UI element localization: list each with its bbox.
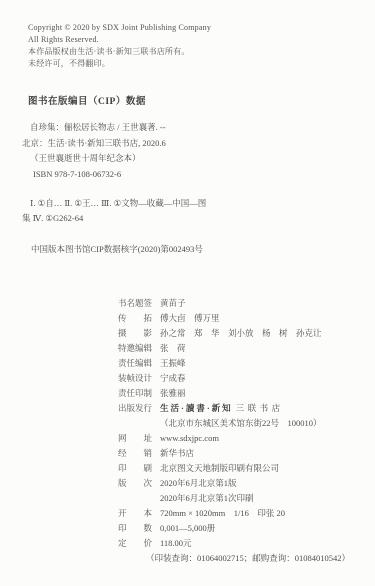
colophon-row-distributor: 经 销新华书店 — [118, 446, 350, 461]
field-value: 张 荷 — [160, 343, 186, 353]
cip-info-block: 自珍集：俪松居长物志 / 王世襄著. -- 北京：生活·读书·新知三联书店, 2… — [22, 120, 166, 182]
field-value: 720mm × 1020mm 1/16 印张 20 — [160, 508, 285, 518]
colophon-row-guest-editor: 特邀编辑张 荷 — [118, 341, 350, 356]
cip-class-line1: Ⅰ. ①自… Ⅱ. ①王… Ⅲ. ①文物—收藏—中国—图 — [22, 196, 206, 211]
field-value: 2020年6月北京第1版 — [160, 478, 237, 488]
colophon-row-printer: 印 刷北京图文天地制版印刷有限公司 — [118, 461, 350, 476]
field-value: 黄苗子 — [160, 298, 186, 308]
cip-heading: 图书在版编目（CIP）数据 — [28, 93, 146, 107]
field-label: 装帧设计 — [118, 371, 160, 386]
copyright-block: Copyright © 2020 by SDX Joint Publishing… — [28, 22, 211, 70]
cip-classification-block: Ⅰ. ①自… Ⅱ. ①王… Ⅲ. ①文物—收藏—中国—图 集 Ⅳ. ①G262-… — [22, 196, 206, 226]
cip-edition-note: （王世襄逝世十周年纪念本） — [22, 151, 166, 167]
field-label: 网 址 — [118, 431, 160, 446]
copyright-line-english: Copyright © 2020 by SDX Joint Publishing… — [28, 22, 211, 34]
field-value: 北京图文天地制版印刷有限公司 — [160, 463, 279, 473]
publisher-name: 三联书店 — [236, 403, 284, 413]
field-value: 118.00元 — [160, 538, 192, 548]
field-value: 0,001—5,000册 — [160, 523, 215, 533]
field-label: 传 拓 — [118, 311, 160, 326]
field-label: 定 价 — [118, 536, 160, 551]
cip-record-number: 中国版本图书馆CIP数据核字(2020)第002493号 — [31, 243, 203, 255]
field-value: 张雅丽 — [160, 388, 186, 398]
colophon-row-format: 开 本720mm × 1020mm 1/16 印张 20 — [118, 506, 350, 521]
field-label: 经 销 — [118, 446, 160, 461]
field-label: 责任印制 — [118, 386, 160, 401]
field-value: 宁成春 — [160, 373, 186, 383]
colophon-row-responsible-editor: 责任编辑王振峰 — [118, 356, 350, 371]
publisher-address: （北京市东城区美术馆东街22号 100010） — [118, 416, 350, 431]
colophon-row-edition: 版 次2020年6月北京第1版 — [118, 476, 350, 491]
field-label: 书名题签 — [118, 296, 160, 311]
field-value: 新华书店 — [160, 448, 194, 458]
field-label: 摄 影 — [118, 326, 160, 341]
sdx-logo-text: 生活·讀書·新知 — [160, 403, 233, 413]
colophon-row-price: 定 价118.00元 — [118, 536, 350, 551]
edition-second-line: 2020年6月北京第1次印刷 — [118, 491, 350, 506]
field-label: 开 本 — [118, 506, 160, 521]
field-label: 责任编辑 — [118, 356, 160, 371]
field-label: 出版发行 — [118, 401, 160, 416]
field-label: 印 数 — [118, 521, 160, 536]
field-value: 孙之常 郑 华 刘小放 杨 树 孙克让 — [160, 328, 322, 338]
inquiry-phone-note: （印装查询：01064002715；邮购查询：01084010542） — [118, 551, 350, 566]
colophon-row-website: 网 址www.sdxjpc.com — [118, 431, 350, 446]
colophon-row-designer: 装帧设计宁成春 — [118, 371, 350, 386]
field-label: 版 次 — [118, 476, 160, 491]
field-value: 傅大卣 傅万里 — [160, 313, 220, 323]
no-reprint-line: 未经许可，不得翻印。 — [28, 58, 211, 70]
cip-publisher-line: 北京：生活·读书·新知三联书店, 2020.6 — [22, 136, 166, 152]
cip-isbn: ISBN 978-7-108-06732-6 — [22, 167, 166, 183]
colophon-row-publisher: 出版发行生活·讀書·新知三联书店 — [118, 401, 350, 416]
colophon-row-calligrapher: 书名题签黄苗子 — [118, 296, 350, 311]
book-colophon-page: Copyright © 2020 by SDX Joint Publishing… — [0, 0, 375, 586]
copyright-line-chinese: 本作品版权由生活·读书·新知三联书店所有。 — [28, 46, 211, 58]
field-value: 王振峰 — [160, 358, 186, 368]
colophon-row-print-run: 印 数0,001—5,000册 — [118, 521, 350, 536]
colophon-row-photography: 摄 影孙之常 郑 华 刘小放 杨 树 孙克让 — [118, 326, 350, 341]
colophon-row-rubbings: 传 拓傅大卣 傅万里 — [118, 311, 350, 326]
colophon-table: 书名题签黄苗子 传 拓傅大卣 傅万里 摄 影孙之常 郑 华 刘小放 杨 树 孙克… — [118, 296, 350, 566]
cip-class-line2: 集 Ⅳ. ①G262-64 — [22, 211, 206, 226]
colophon-row-print-supervisor: 责任印制张雅丽 — [118, 386, 350, 401]
field-label: 特邀编辑 — [118, 341, 160, 356]
field-label: 印 刷 — [118, 461, 160, 476]
website-url: www.sdxjpc.com — [160, 433, 219, 443]
rights-reserved-line: All Rights Reserved. — [28, 34, 211, 46]
cip-title-line: 自珍集：俪松居长物志 / 王世襄著. -- — [22, 120, 166, 136]
